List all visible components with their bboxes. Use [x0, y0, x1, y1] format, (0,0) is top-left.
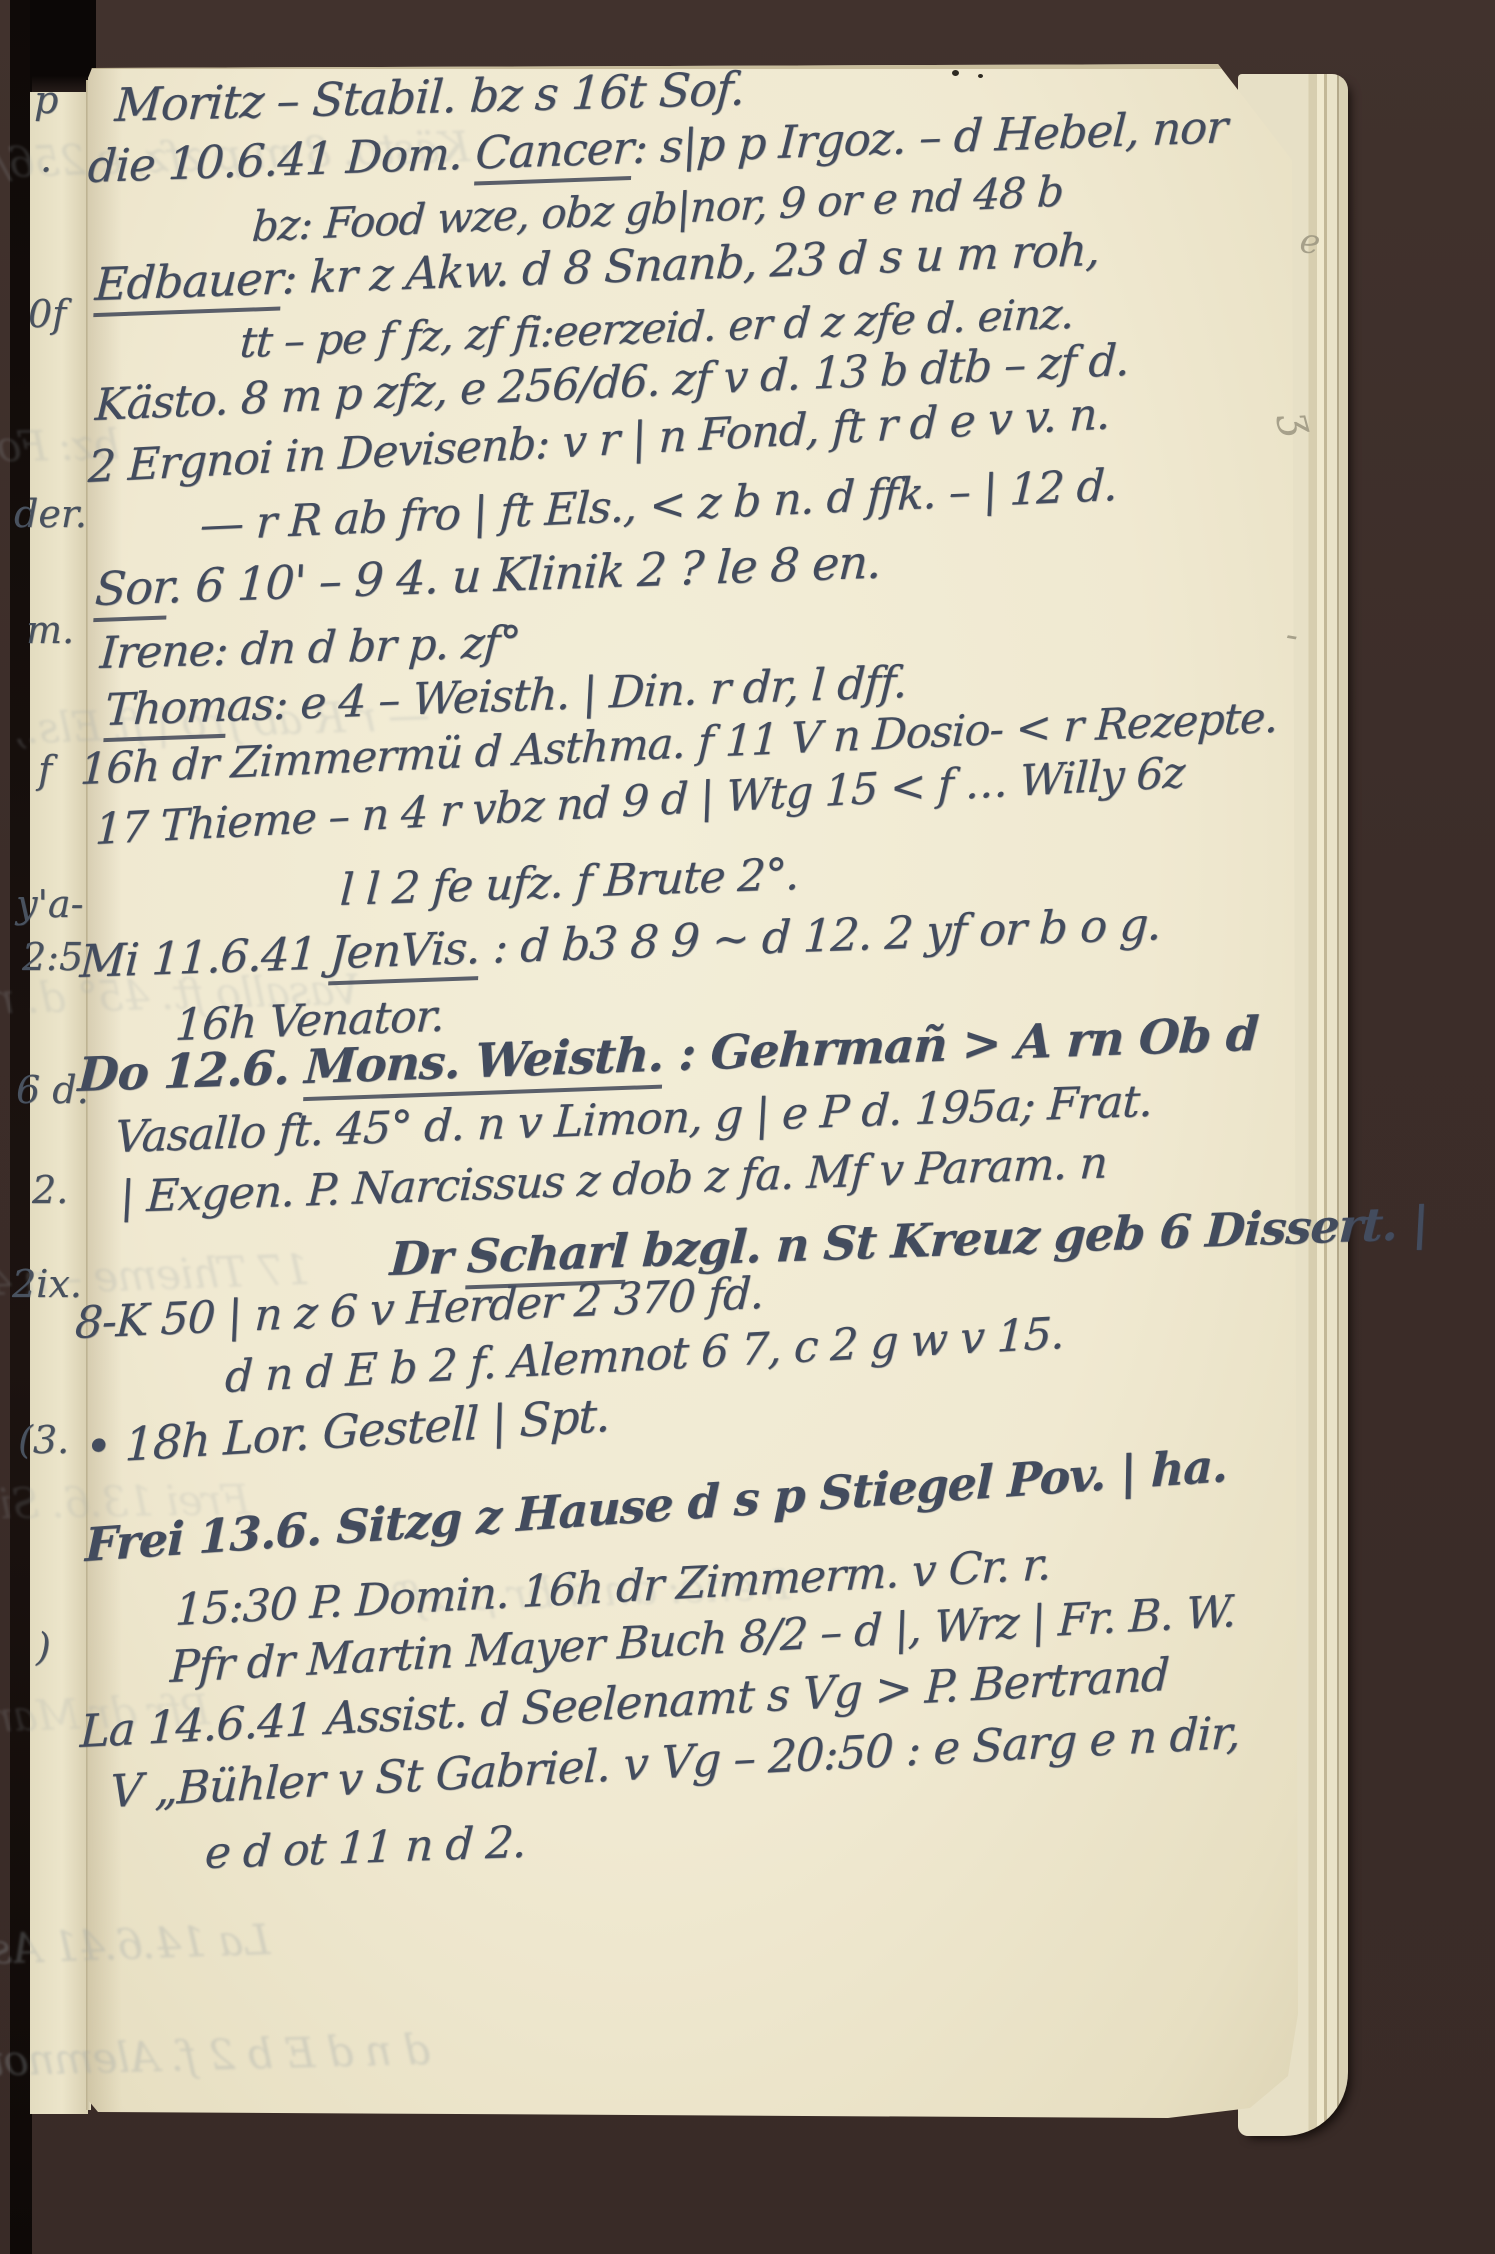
pencil-mark: e	[1297, 221, 1322, 263]
pencil-mark: -	[1283, 614, 1302, 656]
notebook-scan: Kästo. 8 m p zfz, e 256/d6. zf v d. 13 b…	[0, 0, 1495, 2254]
edge-marks-layer: e ʒ -	[0, 0, 1495, 2254]
pencil-mark: ʒ	[1274, 406, 1324, 440]
